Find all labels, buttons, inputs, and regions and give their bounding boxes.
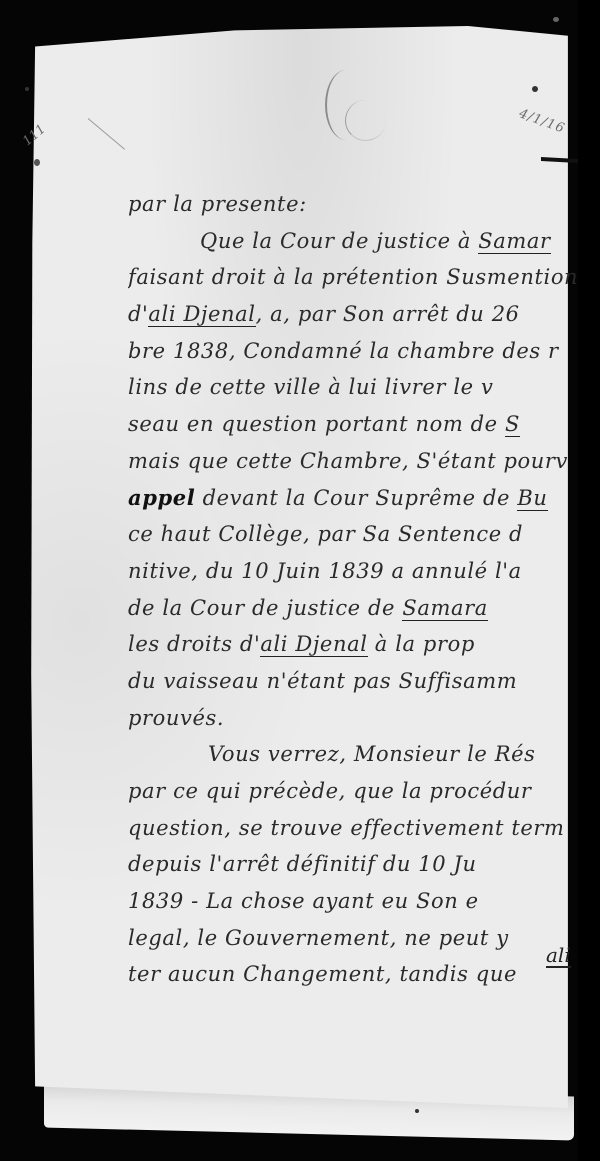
underlined-ship-name: S bbox=[505, 412, 520, 437]
seal-arc-mark-secondary bbox=[345, 100, 386, 141]
catchword-fragment: ali bbox=[546, 944, 571, 968]
text-line: par ce qui précède, que la procédur bbox=[128, 773, 580, 810]
underlined-place-name: Bu bbox=[517, 486, 547, 511]
text-line: par la presente: bbox=[128, 186, 580, 223]
text-line: de la Cour de justice de Samara bbox=[128, 590, 580, 627]
text-line: nitive, du 10 Juin 1839 a annulé l'a bbox=[128, 553, 580, 590]
text-line: ce haut Collège, par Sa Sentence d bbox=[128, 516, 580, 553]
text-line: bre 1838, Condamné la chambre des r bbox=[128, 333, 580, 370]
text-line: lins de cette ville à lui livrer le v bbox=[128, 369, 580, 406]
ink-dot bbox=[553, 17, 559, 22]
text-line: seau en question portant nom de S bbox=[128, 406, 580, 443]
text-line: 1839 - La chose ayant eu Son e bbox=[128, 883, 580, 920]
text-line: d'ali Djenal, a, par Son arrêt du 26 bbox=[128, 296, 580, 333]
text-line: ter aucun Changement, tandis que bbox=[128, 956, 580, 993]
handwritten-body: par la presente: Que la Cour de justice … bbox=[128, 186, 580, 993]
underlined-person-name: ali Djenal bbox=[260, 632, 367, 657]
underlined-person-name: ali Djenal bbox=[148, 302, 255, 327]
text-line: du vaisseau n'étant pas Suffisamm bbox=[128, 663, 580, 700]
text-line: les droits d'ali Djenal à la prop bbox=[128, 626, 580, 663]
text-line: legal, le Gouvernement, ne peut y bbox=[128, 920, 580, 957]
text-line: appel devant la Cour Suprême de Bu bbox=[128, 480, 580, 517]
ink-dot bbox=[415, 1109, 419, 1113]
ink-dot bbox=[25, 87, 29, 91]
text-line: depuis l'arrêt définitif du 10 Ju bbox=[128, 846, 580, 883]
ink-dot bbox=[34, 159, 40, 166]
ink-dot bbox=[532, 86, 538, 92]
text-line: prouvés. bbox=[128, 700, 580, 737]
text-line: Que la Cour de justice à Samar bbox=[128, 223, 580, 260]
underlined-place-name: Samara bbox=[402, 596, 488, 621]
text-line: mais que cette Chambre, S'étant pourv bbox=[128, 443, 580, 480]
text-line: Vous verrez, Monsieur le Rés bbox=[128, 736, 580, 773]
scan-right-border bbox=[578, 0, 600, 1161]
underlined-place-name: Samar bbox=[478, 229, 550, 254]
text-line: faisant droit à la prétention Susmention bbox=[128, 259, 580, 296]
text-line: question, se trouve effectivement term bbox=[128, 810, 580, 847]
